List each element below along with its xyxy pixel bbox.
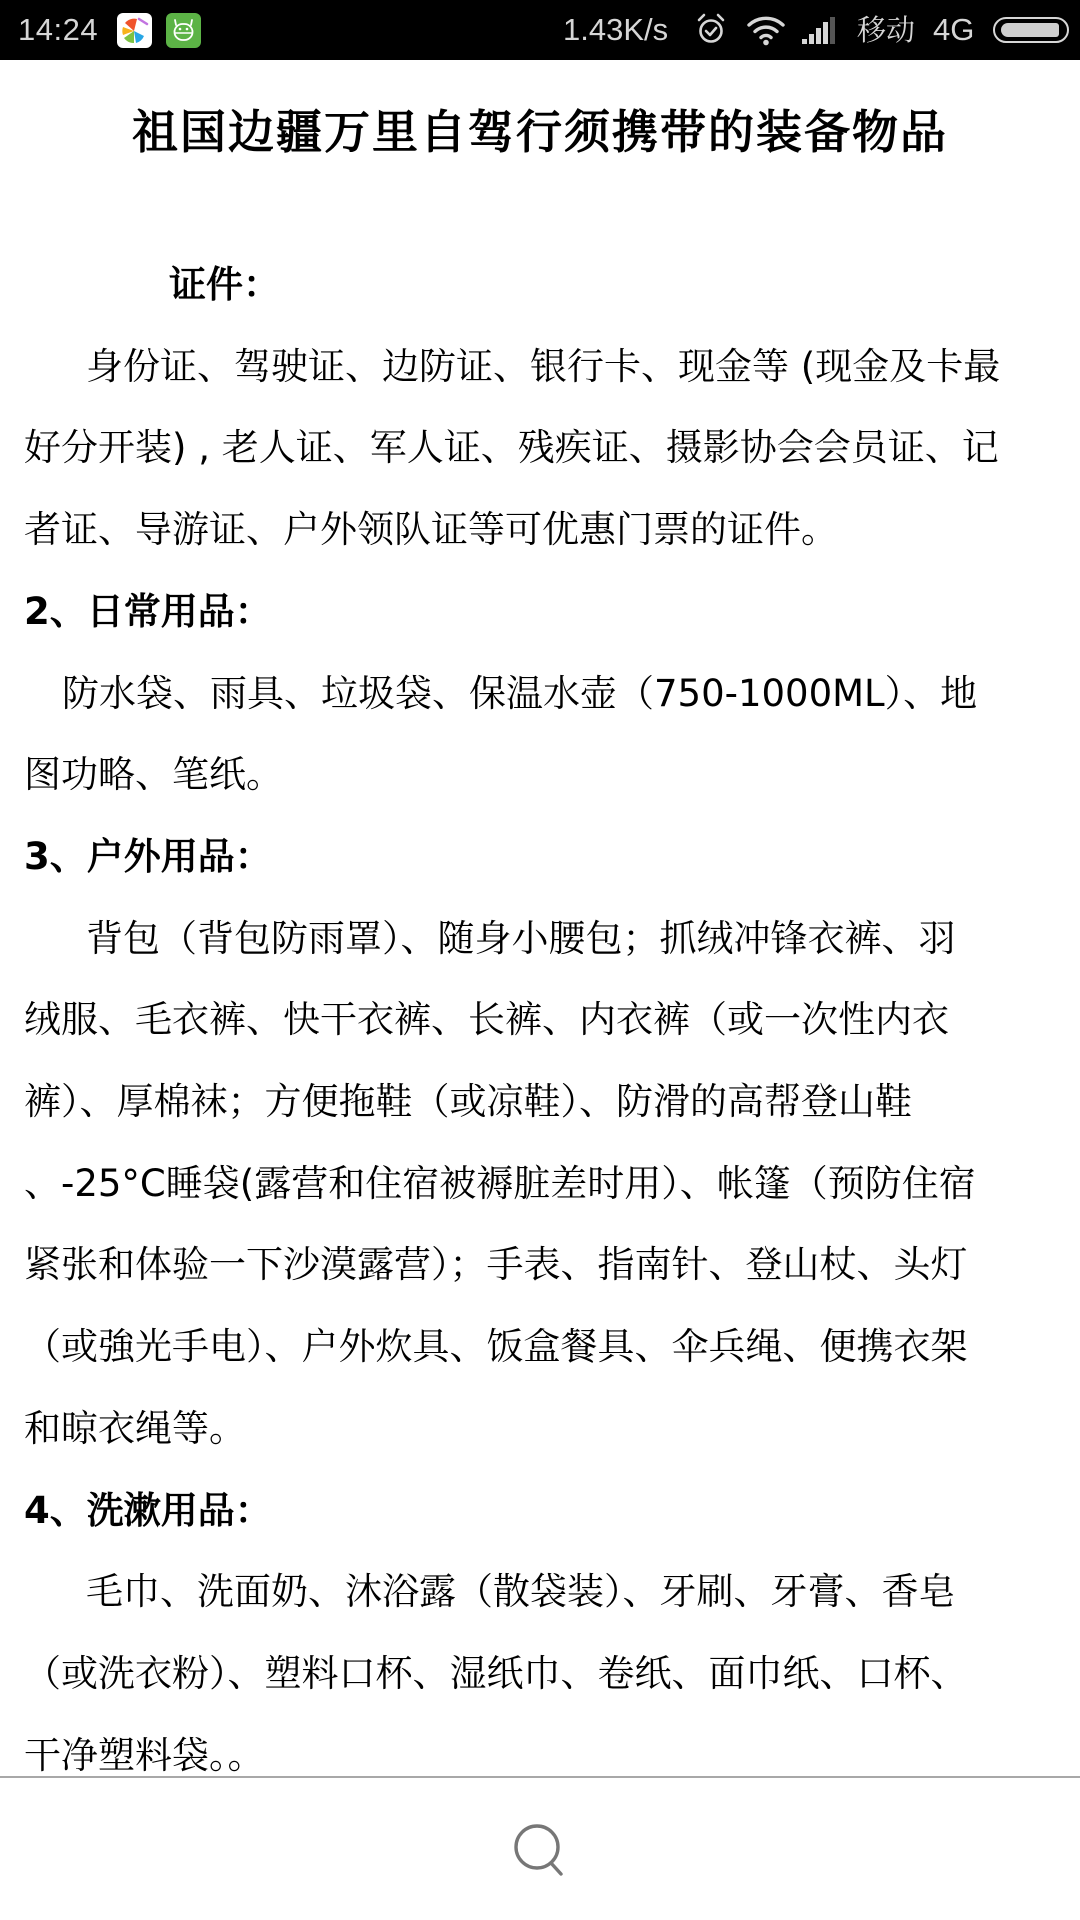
text-line: 毛巾、洗面奶、沐浴露（散袋装）、牙刷、牙膏、香皂 (24, 1551, 1064, 1633)
text-line: 图功略、笔纸。 (24, 734, 1064, 816)
article-body: 证件： 身份证、驾驶证、边防证、银行卡、现金等 (现金及卡最 好分开装) , 老… (24, 244, 1064, 1776)
text-line: 干净塑料袋。。 (24, 1715, 1064, 1776)
network-speed: 1.43K/s (563, 10, 668, 50)
text-line: 和晾衣绳等。 (24, 1388, 1064, 1470)
article-content[interactable]: 祖国边疆万里自驾行须携带的装备物品 证件： 身份证、驾驶证、边防证、银行卡、现金… (0, 60, 1080, 1776)
status-bar: 14:24 1.43K/s (0, 0, 1080, 60)
search-icon (505, 1813, 575, 1883)
search-button[interactable] (505, 1813, 575, 1883)
section-heading-documents: 证件： (24, 244, 1064, 326)
network-type: 4G (933, 10, 974, 50)
text-line: 防水袋、雨具、垃圾袋、保温水壶（750-1000ML）、地 (24, 653, 1064, 735)
text-line: 裤）、厚棉袜；方便拖鞋（或凉鞋）、防滑的高帮登山鞋 (24, 1061, 1064, 1143)
text-line: 身份证、驾驶证、边防证、银行卡、现金等 (现金及卡最 (24, 326, 1064, 408)
text-line: 、-25°C睡袋(露营和住宿被褥脏差时用）、帐篷（预防住宿 (24, 1143, 1064, 1225)
signal-icon (802, 17, 840, 49)
battery-level (1001, 23, 1059, 37)
article-title: 祖国边疆万里自驾行须携带的装备物品 (0, 104, 1080, 160)
text-line: 者证、导游证、户外领队证等可优惠门票的证件。 (24, 489, 1064, 571)
status-time: 14:24 (18, 10, 98, 50)
app-store-icon (117, 13, 152, 48)
text-line: 背包（背包防雨罩）、随身小腰包；抓绒冲锋衣裤、羽 (24, 898, 1064, 980)
section-heading-toiletries: 4、洗漱用品： (24, 1470, 1064, 1552)
alarm-icon (696, 12, 726, 50)
text-line: （或洗衣粉）、塑料口杯、湿纸巾、卷纸、面巾纸、口杯、 (24, 1633, 1064, 1715)
text-line: 好分开装) , 老人证、军人证、残疾证、摄影协会会员证、记 (24, 407, 1064, 489)
section-heading-outdoor-items: 3、户外用品： (24, 816, 1064, 898)
battery-icon (993, 17, 1069, 43)
text-line: 紧张和体验一下沙漠露营）；手表、指南针、登山杖、头灯 (24, 1224, 1064, 1306)
section-heading-daily-items: 2、日常用品： (24, 571, 1064, 653)
text-line: 绒服、毛衣裤、快干衣裤、长裤、内衣裤（或一次性内衣 (24, 979, 1064, 1061)
bottom-toolbar (0, 1776, 1080, 1920)
text-line: （或強光手电）、户外炊具、饭盒餐具、伞兵绳、便携衣架 (24, 1306, 1064, 1388)
android-assistant-icon (166, 13, 201, 48)
wifi-icon (746, 14, 786, 50)
carrier-name: 移动 (857, 10, 915, 50)
